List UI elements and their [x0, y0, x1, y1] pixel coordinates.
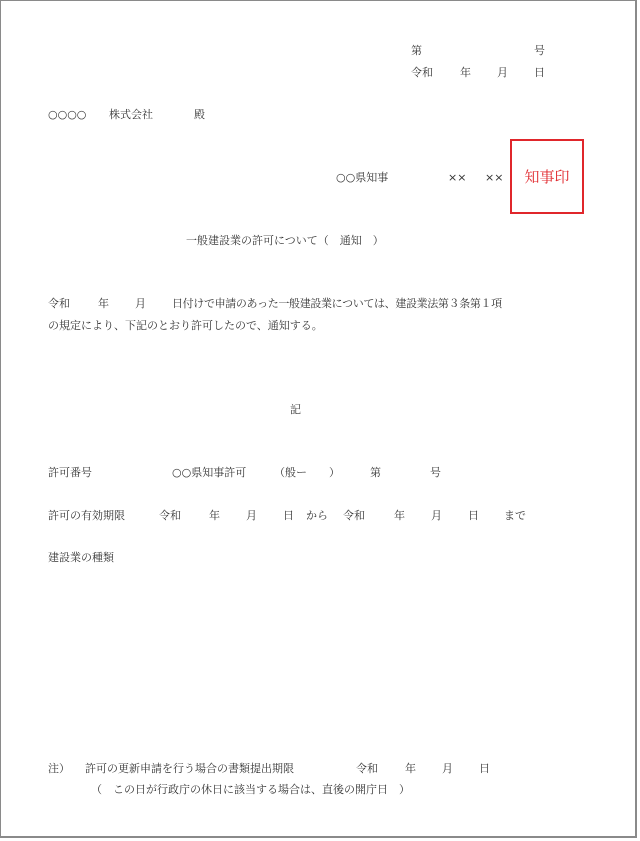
note-date-year: 年: [405, 762, 416, 776]
permit-authority: ○○県知事許可: [172, 466, 246, 480]
subject-title: 一般建設業の許可について（ 通知 ）: [186, 234, 384, 248]
validity-label: 許可の有効期限: [48, 509, 125, 523]
construction-type-label: 建設業の種類: [48, 551, 114, 565]
permit-category-close: ）: [329, 466, 340, 480]
validity-from-era: 令和: [159, 509, 181, 523]
note-date-month: 月: [442, 762, 453, 776]
validity-from-year: 年: [209, 509, 220, 523]
header-date-month: 月: [497, 66, 508, 80]
validity-from-word: から: [306, 509, 328, 523]
validity-from-month: 月: [246, 509, 257, 523]
note-prefix: 注）: [48, 762, 70, 776]
note-subnote: （ この日が行政庁の休日に該当する場合は、直後の開庁日 ）: [91, 783, 410, 797]
header-date-year: 年: [460, 66, 471, 80]
validity-from-day: 日: [283, 509, 294, 523]
issuer-name-part1: ××: [448, 171, 466, 185]
addressee-honorific: 殿: [194, 108, 205, 122]
body-date-year: 年: [98, 297, 109, 311]
addressee-company-placeholder: ○○○○: [48, 108, 86, 122]
validity-to-era: 令和: [343, 509, 365, 523]
validity-to-word: まで: [504, 509, 526, 523]
validity-to-day: 日: [468, 509, 479, 523]
permit-number-prefix: 第: [370, 466, 381, 480]
body-line1-text: 日付けで申請のあった一般建設業については、建設業法第３条第１項: [172, 297, 502, 311]
body-line2-text: の規定により、下記のとおり許可したので、通知する。: [48, 319, 323, 333]
doc-number-prefix: 第: [411, 44, 422, 58]
permit-number-suffix: 号: [430, 466, 441, 480]
governor-seal-label: 知事印: [524, 166, 569, 187]
addressee-company-type: 株式会社: [109, 108, 153, 122]
validity-to-year: 年: [394, 509, 405, 523]
record-heading: 記: [290, 403, 301, 417]
validity-to-month: 月: [431, 509, 442, 523]
permit-number-label: 許可番号: [48, 466, 92, 480]
header-date-era: 令和: [411, 66, 433, 80]
governor-seal-box: 知事印: [510, 139, 584, 214]
note-date-day: 日: [479, 762, 490, 776]
body-date-month: 月: [135, 297, 146, 311]
permit-category-open: （般ー: [274, 466, 307, 480]
body-date-era: 令和: [48, 297, 70, 311]
document-page: 第 号 令和 年 月 日 ○○○○ 株式会社 殿 ○○県知事 ×× ×× 知事印…: [0, 0, 637, 838]
issuer-name-part2: ××: [485, 171, 503, 185]
issuer-title: ○○県知事: [336, 171, 388, 185]
note-text: 許可の更新申請を行う場合の書類提出期限: [85, 762, 294, 776]
doc-number-suffix: 号: [534, 44, 545, 58]
header-date-day: 日: [534, 66, 545, 80]
note-date-era: 令和: [356, 762, 378, 776]
